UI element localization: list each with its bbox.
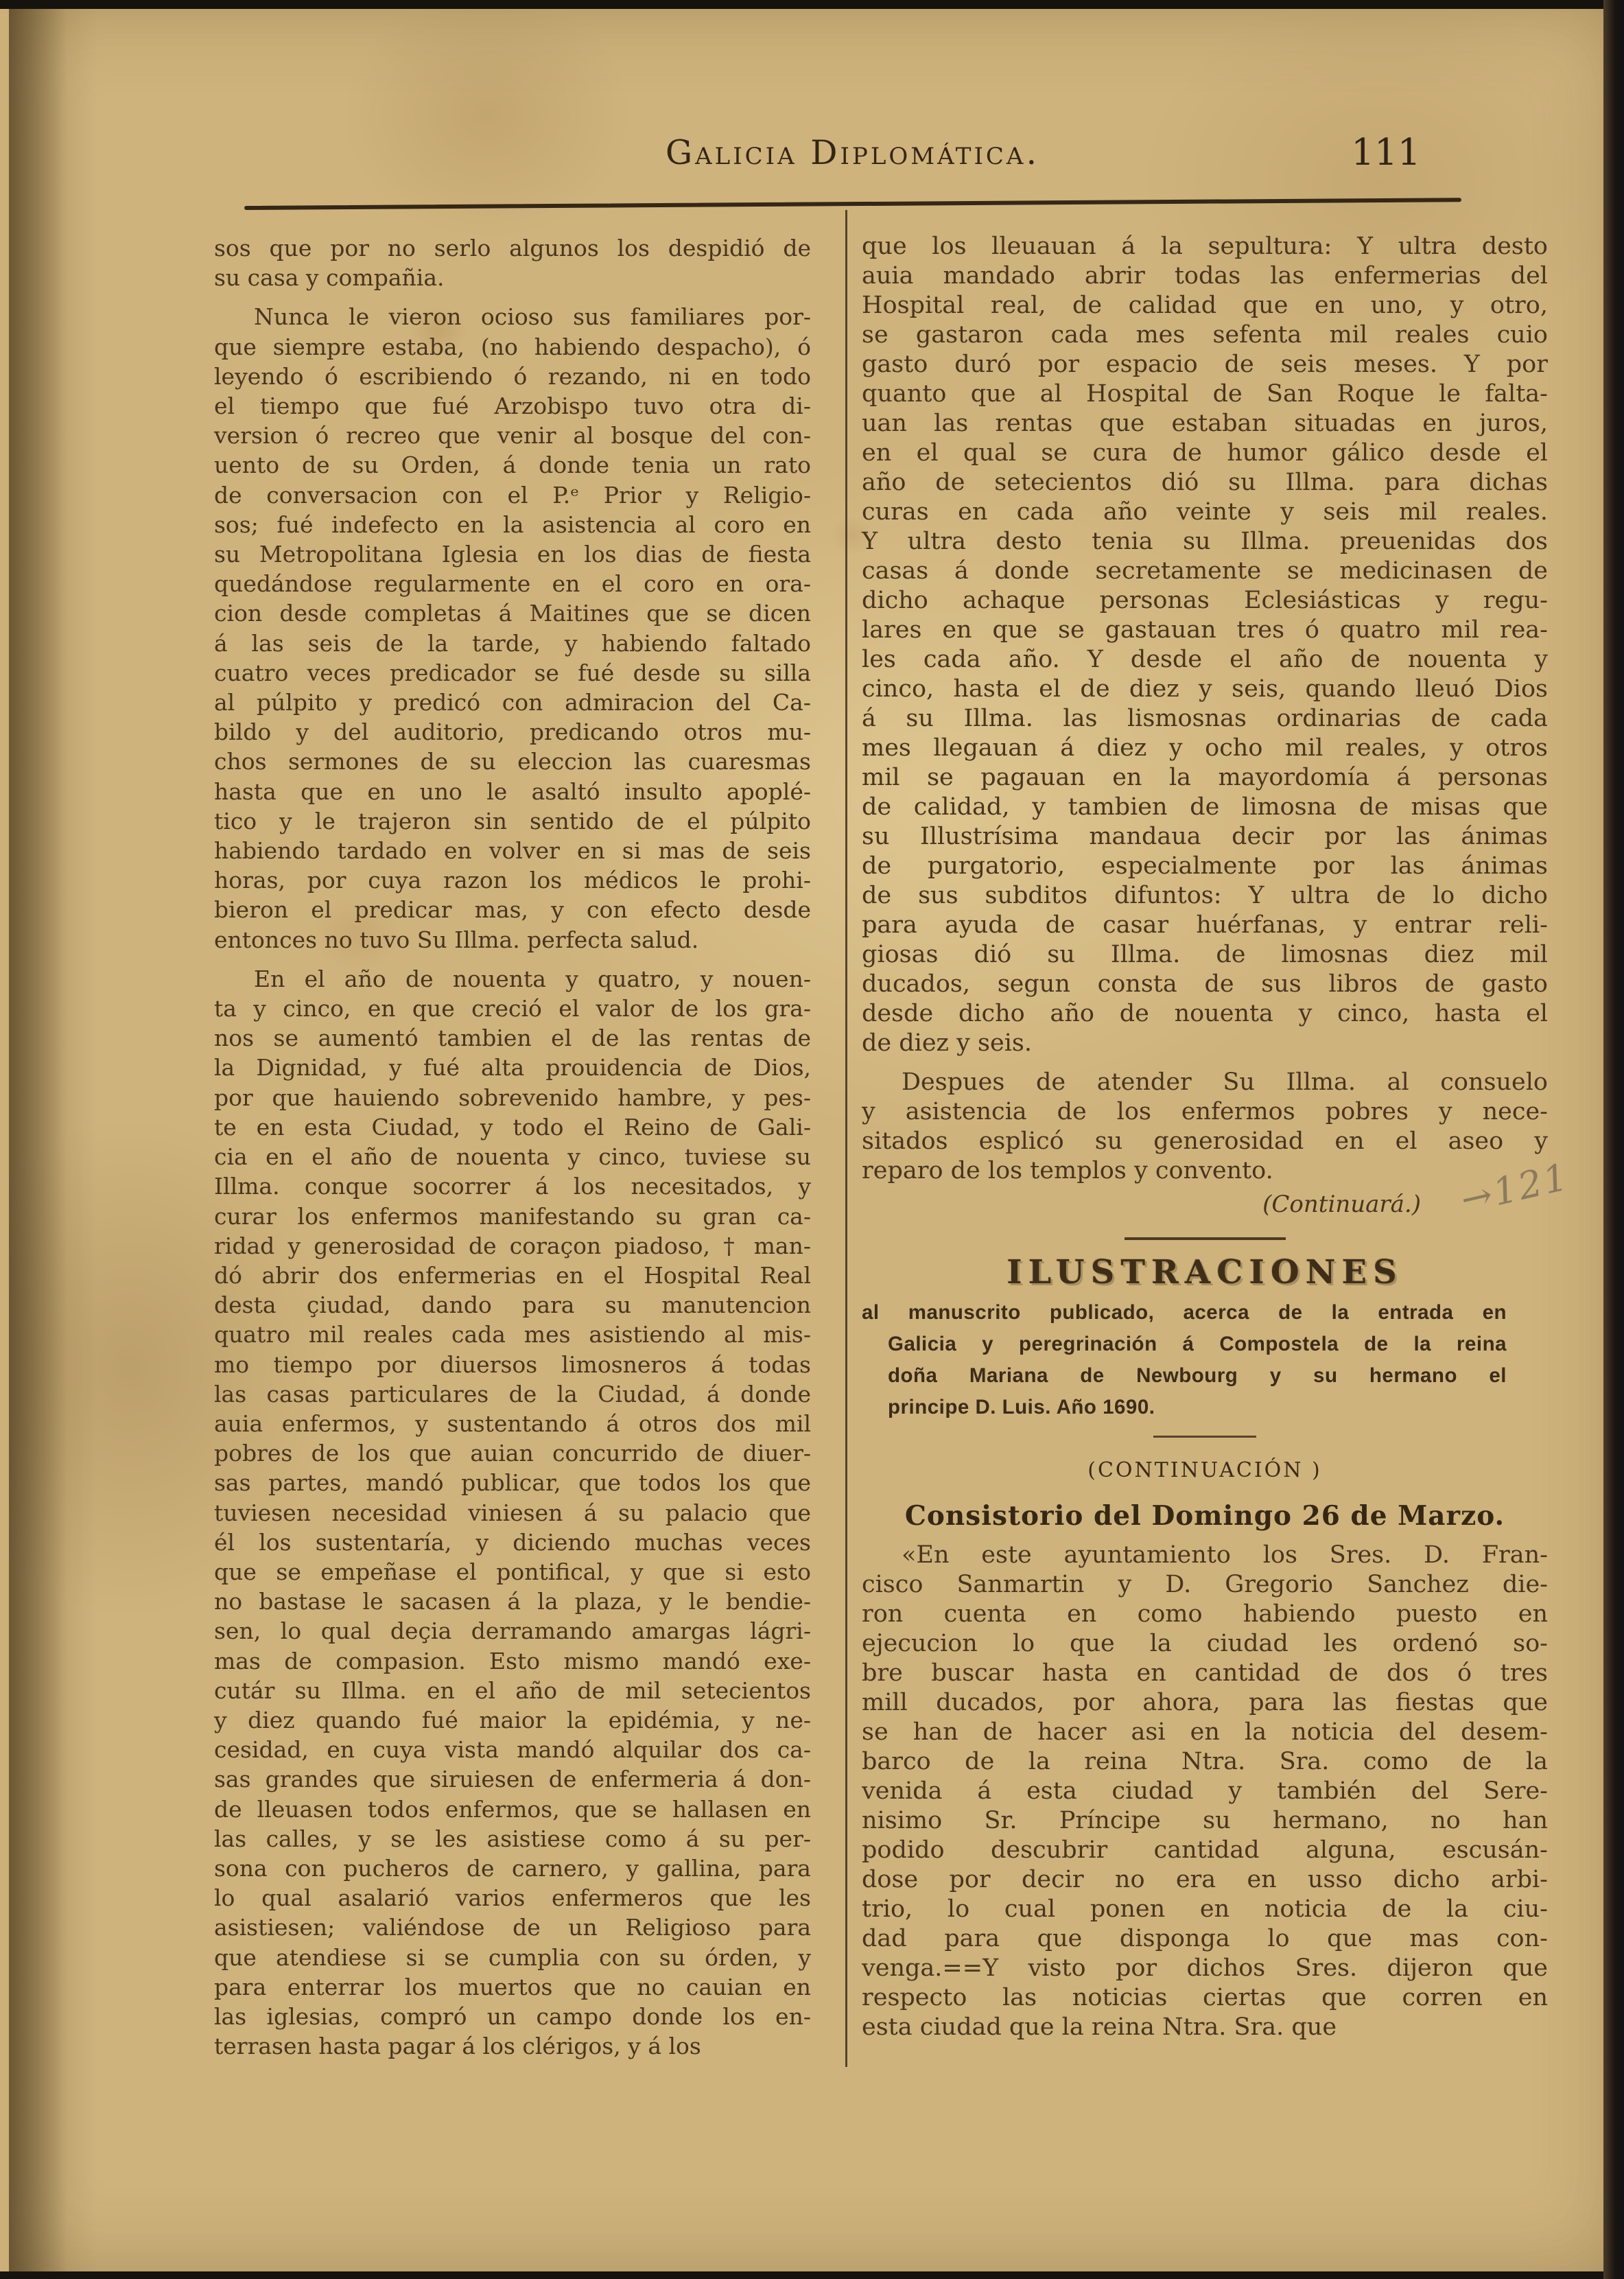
text-line: bre buscar hasta en cantidad de dos ó tr…	[862, 1659, 1548, 1688]
text-line: las casas particulares de la Ciudad, á d…	[214, 1379, 811, 1409]
text-line: curas en cada año veinte y seis mil real…	[862, 498, 1548, 527]
text-line: ejecucion lo que la ciudad les ordenó so…	[862, 1629, 1548, 1659]
paragraph: En el año de nouenta y quatro, y nouen-t…	[214, 964, 811, 2061]
text-line: dó abrir dos enfermerias en el Hospital …	[214, 1261, 811, 1290]
text-line: asistiesen; valiéndose de un Religioso p…	[214, 1913, 811, 1942]
text-line: las iglesias, compró un campo donde los …	[214, 2002, 811, 2031]
text-line: cion desde completas á Maitines que se d…	[214, 598, 811, 628]
text-line: el tiempo que fué Arzobispo tuvo otra di…	[214, 391, 811, 421]
text-line: cuatro veces predicador se fué desde su …	[214, 658, 811, 688]
text-line: que se empeñase el pontifical, y que si …	[214, 1557, 811, 1587]
text-line: por que hauiendo sobrevenido hambre, y p…	[214, 1083, 811, 1112]
section-body: «En este ayuntamiento los Sres. D. Fran-…	[862, 1541, 1548, 2042]
paragraph: Nunca le vieron ocioso sus familiares po…	[214, 302, 811, 954]
text-line: su Metropolitana Iglesia en los dias de …	[214, 539, 811, 569]
section-separator-rule	[1125, 1237, 1286, 1240]
text-line: barco de la reina Ntra. Sra. como de la	[862, 1747, 1548, 1777]
text-line: pobres de los que auian concurrido de di…	[214, 1438, 811, 1468]
text-line: terrasen hasta pagar á los clérigos, y á…	[214, 2031, 811, 2061]
text-line: ron cuenta en como habiendo puesto en	[862, 1600, 1548, 1629]
text-line: respecto las noticias ciertas que corren…	[862, 1983, 1548, 2013]
text-line: curar los enfermos manifestando su gran …	[214, 1202, 811, 1231]
text-line: las calles, y se les asistiese como á su…	[214, 1824, 811, 1854]
text-line: mas de compasion. Esto mismo mandó exe-	[214, 1646, 811, 1676]
paragraph: sos que por no serlo algunos los despidi…	[214, 233, 811, 292]
text-line: cisco Sanmartin y D. Gregorio Sanchez di…	[862, 1570, 1548, 1600]
paragraph: que los lleuauan á la sepultura: Y ultra…	[862, 232, 1548, 1058]
section-subtitle: Consistorio del Domingo 26 de Marzo.	[862, 1501, 1548, 1531]
text-line: de conversacion con el P.ᵉ Prior y Relig…	[214, 480, 811, 510]
text-line: sos; fué indefecto en la asistencia al c…	[214, 510, 811, 539]
text-line: Illma. conque socorrer á los necesitados…	[214, 1171, 811, 1201]
text-line: la Dignidad, y fué alta prouidencia de D…	[214, 1053, 811, 1082]
text-line: cutár su Illma. en el año de mil setecie…	[214, 1676, 811, 1705]
text-line: uento de su Orden, á donde tenia un rato	[214, 450, 811, 480]
text-line: En el año de nouenta y quatro, y nouen-	[214, 964, 811, 994]
text-line: venga.==Y visto por dichos Sres. dijeron…	[862, 1954, 1548, 1983]
header-rule	[244, 198, 1461, 210]
text-line: ta y cinco, en que creció el valor de lo…	[214, 994, 811, 1023]
text-line: Y ultra desto tenia su Illma. preuenidas…	[862, 527, 1548, 557]
text-line: Despues de atender Su Illma. al consuelo	[862, 1068, 1548, 1097]
scan-edge-top	[0, 0, 1624, 9]
text-line: no bastase le sacasen á la plaza, y le b…	[214, 1587, 811, 1616]
text-line: lo qual asalarió varios enfermeros que l…	[214, 1883, 811, 1913]
text-line: sona con pucheros de carnero, y gallina,…	[214, 1854, 811, 1883]
text-line: y diez quando fué maior la epidémia, y n…	[214, 1705, 811, 1735]
text-line: Hospital real, de calidad que en uno, y …	[862, 291, 1548, 320]
text-line: tuviesen necesidad viniesen á su palacio…	[214, 1498, 811, 1528]
text-line: reparo de los templos y convento.	[862, 1156, 1548, 1186]
text-line: para ayuda de casar huérfanas, y entrar …	[862, 911, 1548, 940]
text-line: de lleuasen todos enfermos, que se halla…	[214, 1795, 811, 1824]
note-line: Galicia y peregrinación á Compostela de …	[862, 1329, 1507, 1360]
page-title: Galicia Diplomática.	[244, 133, 1461, 172]
text-line: que los lleuauan á la sepultura: Y ultra…	[862, 232, 1548, 261]
text-line: habiendo tardado en volver en si mas de …	[214, 836, 811, 865]
page-gutter-shadow	[9, 0, 67, 2279]
text-line: se gastaron cada mes sefenta mil reales …	[862, 320, 1548, 350]
text-line: mes llegauan á diez y ocho mil reales, y…	[862, 734, 1548, 763]
text-line: cinco, hasta el de diez y seis, quando l…	[862, 675, 1548, 704]
text-line: que atendiese si se cumplia con su órden…	[214, 1943, 811, 1972]
text-line: desde dicho año de nouenta y cinco, hast…	[862, 999, 1548, 1029]
text-line: á su Illma. las lismosnas ordinarias de …	[862, 704, 1548, 734]
text-line: sos que por no serlo algunos los despidi…	[214, 233, 811, 263]
text-line: chos sermones de su eleccion las cuaresm…	[214, 747, 811, 776]
text-line: que siempre estaba, (no habiendo despach…	[214, 332, 811, 362]
text-line: quanto que al Hospital de San Roque le f…	[862, 379, 1548, 409]
page-number: 111	[1334, 132, 1437, 174]
continuation-label: (CONTINUACIÓN )	[862, 1456, 1548, 1485]
left-column: sos que por no serlo algunos los despidi…	[214, 233, 811, 2061]
text-line: se han de hacer asi en la noticia del de…	[862, 1718, 1548, 1747]
text-line: podido descubrir cantidad alguna, escusá…	[862, 1836, 1548, 1865]
note-line: principe D. Luis. Año 1690.	[862, 1392, 1507, 1423]
text-line: nos se aumentó tambien el de las rentas …	[214, 1023, 811, 1053]
text-line: sas partes, mandó publicar, que todos lo…	[214, 1468, 811, 1497]
text-line: él los sustentaría, y diciendo muchas ve…	[214, 1528, 811, 1557]
scanned-page: Galicia Diplomática. 111 sos que por no …	[0, 0, 1624, 2279]
continuara-label: (Continuará.)	[862, 1190, 1548, 1219]
text-line: desta çiudad, dando para su manutencion	[214, 1290, 811, 1320]
text-line: casas á donde secretamente se medicinase…	[862, 557, 1548, 586]
text-line: año de setecientos dió su Illma. para di…	[862, 468, 1548, 498]
text-line: sitados esplicó su generosidad en el ase…	[862, 1127, 1548, 1156]
text-line: uan las rentas que estaban situadas en j…	[862, 409, 1548, 439]
text-line: tico y le trajeron sin sentido de el púl…	[214, 806, 811, 836]
text-line: hasta que en uno le asaltó insulto apopl…	[214, 777, 811, 806]
text-line: su casa y compañia.	[214, 263, 811, 292]
paragraph: Despues de atender Su Illma. al consuelo…	[862, 1068, 1548, 1186]
note-line: doña Mariana de Newbourg y su hermano el	[862, 1360, 1507, 1392]
text-line: auia enfermos, y sustentando á otros dos…	[214, 1409, 811, 1438]
text-line: quedándose regularmente en el coro en or…	[214, 569, 811, 598]
text-line: gasto duró por espacio de seis meses. Y …	[862, 350, 1548, 379]
text-line: version ó recreo que venir al bosque del…	[214, 421, 811, 450]
text-line: mill ducados, por ahora, para las fiesta…	[862, 1688, 1548, 1718]
text-line: cia en el año de nouenta y cinco, tuvies…	[214, 1142, 811, 1171]
text-line: dad para que disponga lo que mas con-	[862, 1924, 1548, 1954]
text-line: Nunca le vieron ocioso sus familiares po…	[214, 302, 811, 331]
text-line: venida á esta ciudad y también del Sere-	[862, 1777, 1548, 1806]
text-line: sen, lo qual deçia derramando amargas lá…	[214, 1616, 811, 1646]
subsection-separator-rule	[1153, 1436, 1256, 1438]
text-line: dicho achaque personas Eclesiásticas y r…	[862, 586, 1548, 616]
text-line: de calidad, y tambien de limosna de misa…	[862, 793, 1548, 822]
text-line: de sus subditos difuntos: Y ultra de lo …	[862, 881, 1548, 911]
text-line: mil se pagauan en la mayordomía á person…	[862, 763, 1548, 793]
text-line: sas grandes que siruiesen de enfermeria …	[214, 1764, 811, 1794]
text-line: trio, lo cual ponen en noticia de la ciu…	[862, 1895, 1548, 1924]
scan-edge-bottom	[0, 2271, 1624, 2279]
text-line: al púlpito y predicó con admiracion del …	[214, 688, 811, 717]
text-line: en el qual se cura de humor gálico desde…	[862, 439, 1548, 468]
text-line: para enterrar los muertos que no cauian …	[214, 1972, 811, 2002]
column-divider	[845, 210, 847, 2067]
right-column: que los lleuauan á la sepultura: Y ultra…	[862, 232, 1548, 2042]
text-line: quatro mil reales cada mes asistiendo al…	[214, 1320, 811, 1349]
text-line: esta ciudad que la reina Ntra. Sra. que	[862, 2013, 1548, 2042]
text-line: de diez y seis.	[862, 1029, 1548, 1058]
text-line: ridad y generosidad de coraçon piadoso, …	[214, 1231, 811, 1261]
text-line: horas, por cuya razon los médicos le pro…	[214, 865, 811, 895]
scan-edge-right	[1603, 0, 1624, 2279]
text-line: leyendo ó escribiendo ó rezando, ni en t…	[214, 362, 811, 391]
text-line: giosas dió su Illma. de limosnas diez mi…	[862, 940, 1548, 970]
text-line: de purgatorio, especialmente por las áni…	[862, 852, 1548, 881]
text-line: su Illustrísima mandaua decir por las án…	[862, 822, 1548, 852]
right-column-body: que los lleuauan á la sepultura: Y ultra…	[862, 232, 1548, 1186]
text-line: lares en que se gastauan tres ó quatro m…	[862, 616, 1548, 645]
text-line: te en esta Ciudad, y todo el Reino de Ga…	[214, 1112, 811, 1142]
paragraph: «En este ayuntamiento los Sres. D. Fran-…	[862, 1541, 1548, 2042]
text-line: les cada año. Y desde el año de nouenta …	[862, 645, 1548, 675]
scan-edge-left	[0, 0, 9, 2279]
text-line: á las seis de la tarde, y habiendo falta…	[214, 629, 811, 658]
text-line: dose por decir no era en usso dicho arbi…	[862, 1865, 1548, 1895]
text-line: bildo y del auditorio, predicando otros …	[214, 717, 811, 747]
text-line: entonces no tuvo Su Illma. perfecta salu…	[214, 925, 811, 955]
text-line: mo tiempo por diuersos limosneros á toda…	[214, 1350, 811, 1379]
text-line: y asistencia de los enfermos pobres y ne…	[862, 1097, 1548, 1127]
section-note: al manuscrito publicado, acerca de la en…	[862, 1297, 1507, 1423]
section-heading: ILUSTRACIONES	[862, 1258, 1548, 1287]
note-line: al manuscrito publicado, acerca de la en…	[862, 1297, 1507, 1329]
text-line: «En este ayuntamiento los Sres. D. Fran-	[862, 1541, 1548, 1570]
text-line: auia mandado abrir todas las enfermerias…	[862, 261, 1548, 291]
text-line: nisimo Sr. Príncipe su hermano, no han	[862, 1806, 1548, 1836]
text-line: cesidad, en cuya vista mandó alquilar do…	[214, 1735, 811, 1764]
text-line: ducados, segun consta de sus libros de g…	[862, 970, 1548, 999]
text-line: bieron el predicar mas, y con efecto des…	[214, 895, 811, 924]
